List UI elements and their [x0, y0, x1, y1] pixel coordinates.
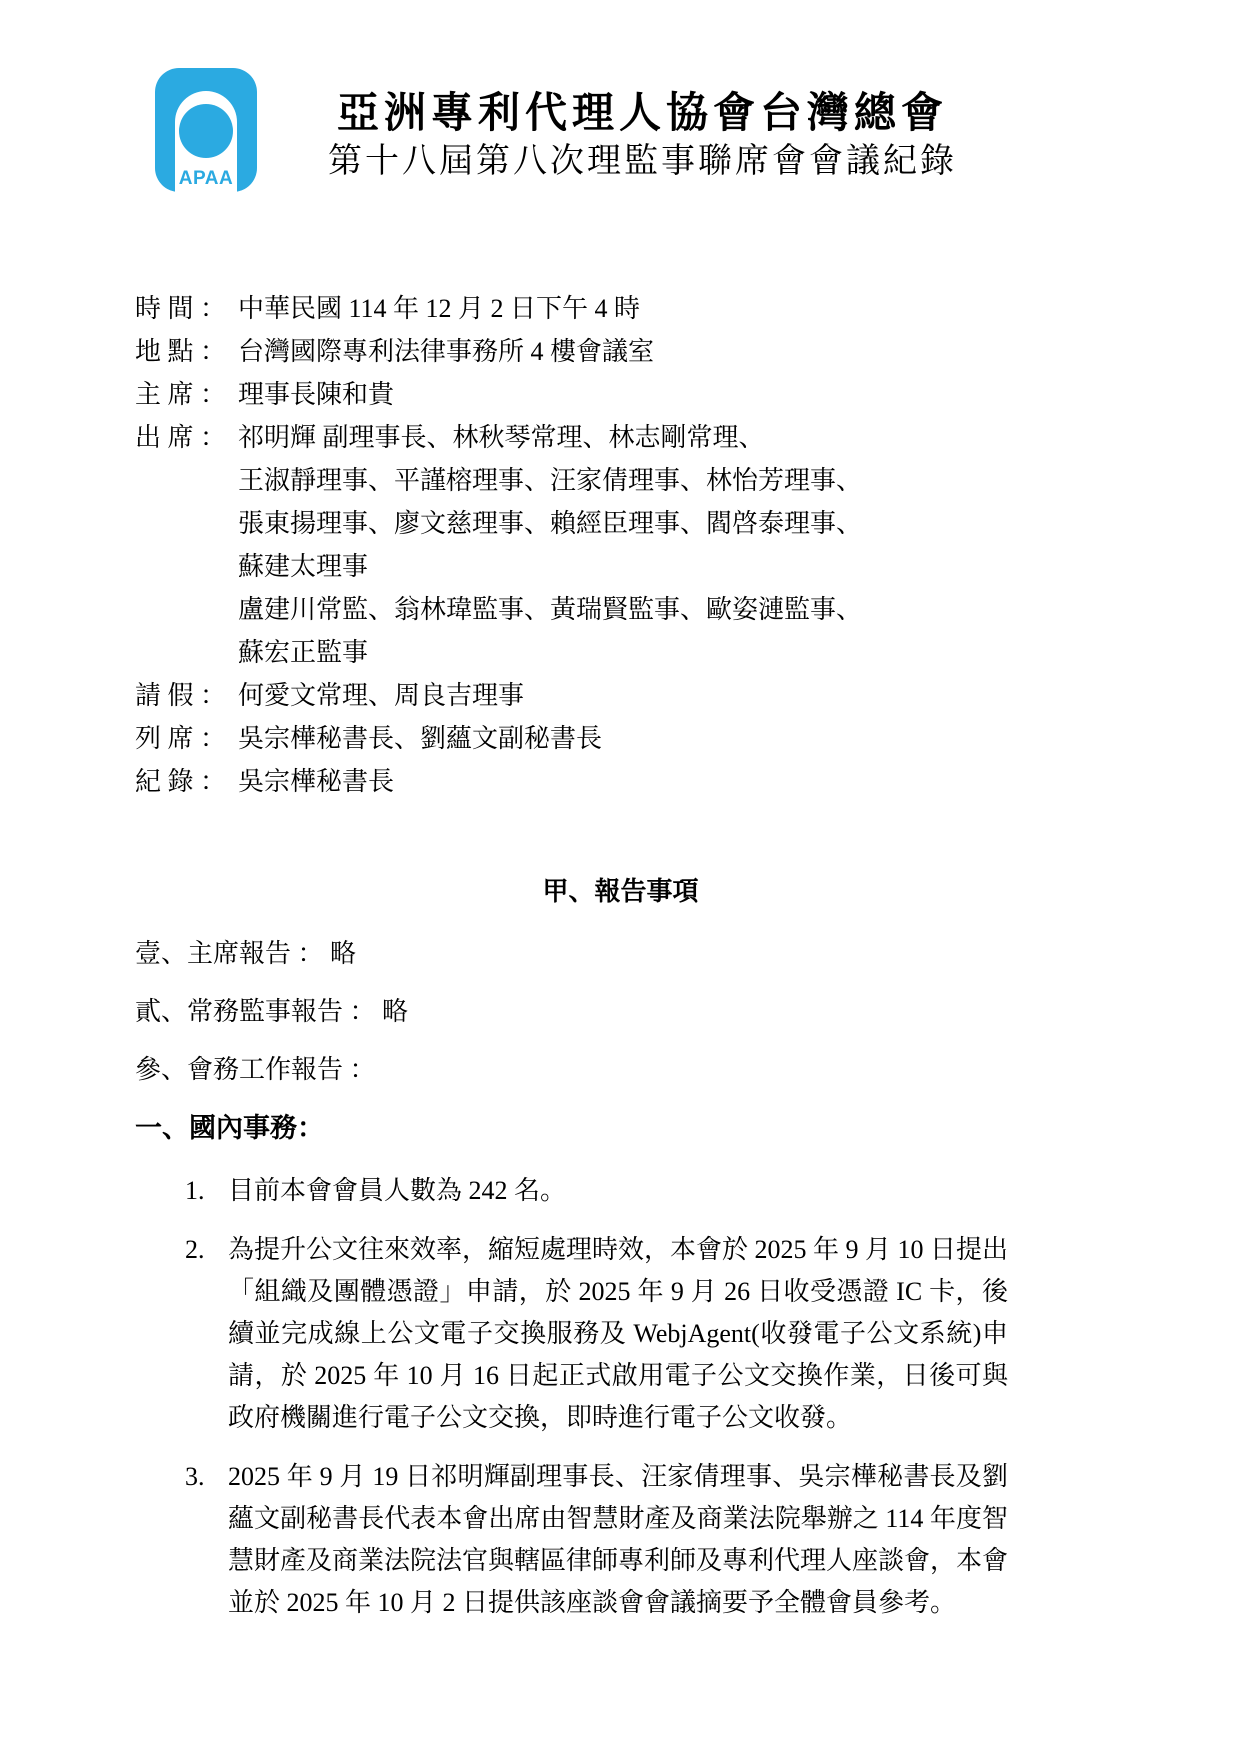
meta-label-attendees: 出 席 ：: [135, 416, 238, 674]
document-header: APAA 亞洲專利代理人協會台灣總會 第十八屆第八次理監事聯席會會議紀錄: [0, 0, 1241, 190]
meta-line: 吳宗樺秘書長、劉蘊文副秘書長: [238, 717, 1106, 760]
meta-line: 盧建川常監、翁林瑋監事、黃瑞賢監事、歐姿漣監事、: [238, 588, 1106, 631]
meta-label-observers: 列 席 ：: [135, 717, 238, 760]
item-text: 目前本會會員人數為 242 名。: [228, 1170, 1008, 1212]
meta-line: 理事長陳和貴: [238, 373, 1106, 416]
meta-line: 吳宗樺秘書長: [238, 760, 1106, 803]
document-page: APAA 亞洲專利代理人協會台灣總會 第十八屆第八次理監事聯席會會議紀錄 時 間…: [0, 0, 1241, 1754]
meta-value-recorder: 吳宗樺秘書長: [238, 760, 1106, 803]
meta-row-time: 時 間 ： 中華民國 114 年 12 月 2 日下午 4 時: [135, 287, 1106, 330]
section-heading-reports: 甲、報告事項: [0, 870, 1241, 913]
meta-value-time: 中華民國 114 年 12 月 2 日下午 4 時: [238, 287, 1106, 330]
meta-line: 台灣國際專利法律事務所 4 樓會議室: [238, 330, 1106, 373]
item-text: 2025 年 9 月 19 日祁明輝副理事長、汪家倩理事、吳宗樺秘書長及劉蘊文副…: [228, 1456, 1008, 1624]
apaa-logo-icon: APAA: [155, 68, 257, 192]
logo-arch-shape: APAA: [175, 91, 237, 192]
report-line-supervisor-report: 貳、常務監事報告 ： 略: [135, 990, 1106, 1033]
meta-line: 祁明輝 副理事長、林秋琴常理、林志剛常理、: [238, 416, 1106, 459]
report-item-1: 1. 目前本會會員人數為 242 名。: [185, 1170, 1008, 1212]
meta-line: 蘇宏正監事: [238, 631, 1106, 674]
meta-row-chair: 主 席 ： 理事長陳和貴: [135, 373, 1106, 416]
meta-line: 王淑靜理事、平謹榕理事、汪家倩理事、林怡芳理事、: [238, 459, 1106, 502]
meta-value-absent: 何愛文常理、周良吉理事: [238, 674, 1106, 717]
report-item-3: 3. 2025 年 9 月 19 日祁明輝副理事長、汪家倩理事、吳宗樺秘書長及劉…: [185, 1456, 1008, 1624]
report-item-2: 2. 為提升公文往來效率，縮短處理時效，本會於 2025 年 9 月 10 日提…: [185, 1229, 1008, 1439]
meta-value-attendees: 祁明輝 副理事長、林秋琴常理、林志剛常理、 王淑靜理事、平謹榕理事、汪家倩理事、…: [238, 416, 1106, 674]
meta-value-place: 台灣國際專利法律事務所 4 樓會議室: [238, 330, 1106, 373]
item-number: 2.: [185, 1229, 228, 1439]
item-text: 為提升公文往來效率，縮短處理時效，本會於 2025 年 9 月 10 日提出「組…: [228, 1229, 1008, 1439]
meta-value-chair: 理事長陳和貴: [238, 373, 1106, 416]
logo-circle-shape: [179, 104, 233, 158]
meta-line: 何愛文常理、周良吉理事: [238, 674, 1106, 717]
meta-label-time: 時 間 ：: [135, 287, 238, 330]
meta-row-observers: 列 席 ： 吳宗樺秘書長、劉蘊文副秘書長: [135, 717, 1106, 760]
meta-label-place: 地 點 ：: [135, 330, 238, 373]
meta-row-absent: 請 假 ： 何愛文常理、周良吉理事: [135, 674, 1106, 717]
item-number: 3.: [185, 1456, 228, 1624]
meta-row-place: 地 點 ： 台灣國際專利法律事務所 4 樓會議室: [135, 330, 1106, 373]
meta-line: 蘇建太理事: [238, 545, 1106, 588]
meta-line: 中華民國 114 年 12 月 2 日下午 4 時: [238, 287, 1106, 330]
report-list: 1. 目前本會會員人數為 242 名。 2. 為提升公文往來效率，縮短處理時效，…: [185, 1170, 1008, 1624]
meta-label-chair: 主 席 ：: [135, 373, 238, 416]
heading-domestic-affairs: 一、國內事務：: [135, 1107, 1106, 1150]
meta-row-attendees: 出 席 ： 祁明輝 副理事長、林秋琴常理、林志剛常理、 王淑靜理事、平謹榕理事、…: [135, 416, 1106, 674]
report-line-chair-report: 壹、主席報告 ： 略: [135, 932, 1106, 975]
meta-label-recorder: 紀 錄 ：: [135, 760, 238, 803]
report-line-affairs-report: 參、會務工作報告 ：: [135, 1048, 1106, 1091]
meeting-meta: 時 間 ： 中華民國 114 年 12 月 2 日下午 4 時 地 點 ： 台灣…: [135, 287, 1106, 803]
logo-text: APAA: [175, 168, 237, 190]
item-number: 1.: [185, 1170, 228, 1212]
meta-label-absent: 請 假 ：: [135, 674, 238, 717]
meta-value-observers: 吳宗樺秘書長、劉蘊文副秘書長: [238, 717, 1106, 760]
meta-row-recorder: 紀 錄 ： 吳宗樺秘書長: [135, 760, 1106, 803]
meta-line: 張東揚理事、廖文慈理事、賴經臣理事、閻啓泰理事、: [238, 502, 1106, 545]
